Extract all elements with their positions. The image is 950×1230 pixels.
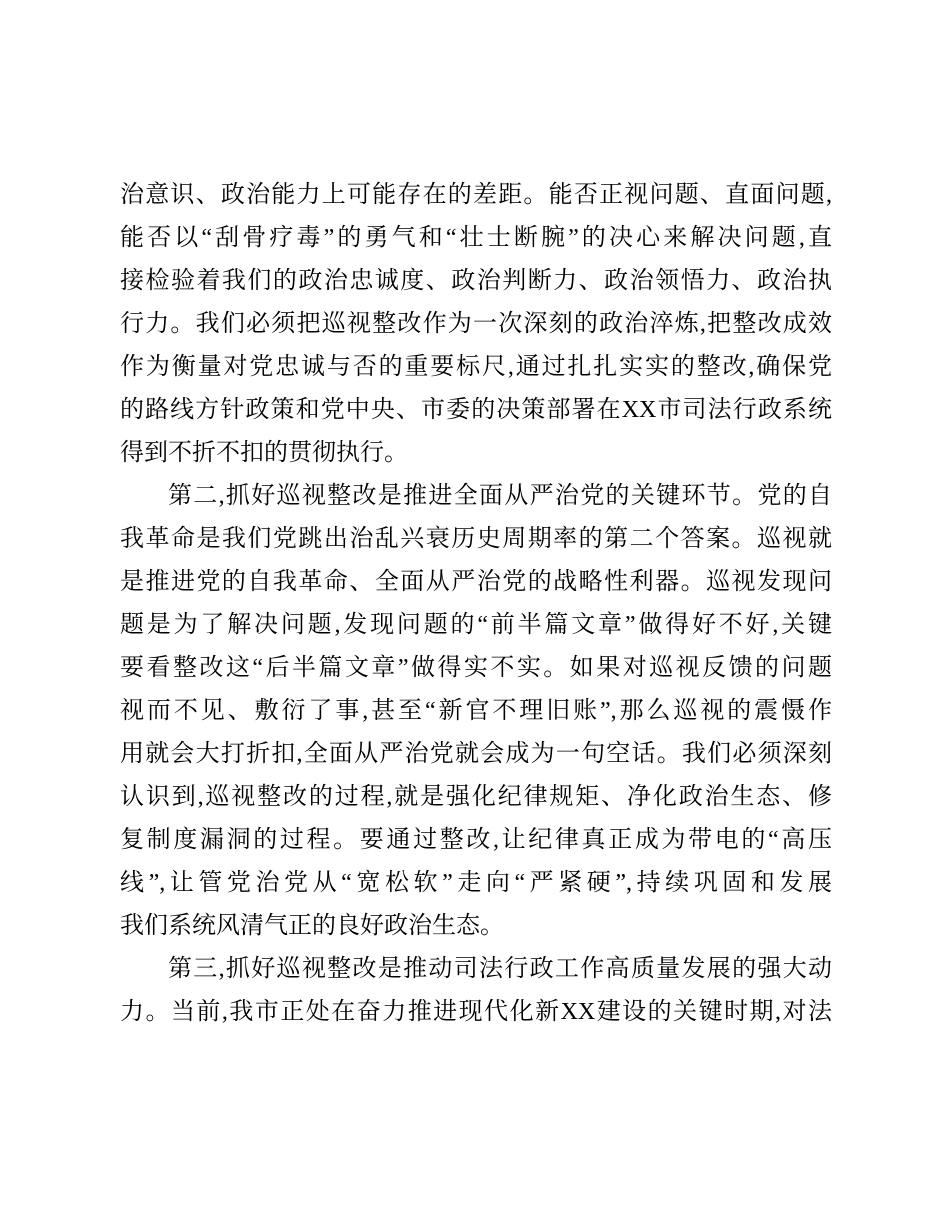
paragraph-start-line: 第二,抓好巡视整改是推进全面从严治党的关键环节。党的自 [120, 475, 832, 518]
text-line: 得到不折不扣的贯彻执行。 [120, 432, 832, 475]
text-line: 视而不见、敷衍了事,甚至“新官不理旧账”,那么巡视的震慑作 [120, 690, 832, 733]
text-line: 能否以“刮骨疗毒”的勇气和“壮士断腕”的决心来解决问题,直 [120, 217, 832, 260]
text-line: 线”,让管党治党从“宽松软”走向“严紧硬”,持续巩固和发展 [120, 862, 832, 905]
document-text: 治意识、政治能力上可能存在的差距。能否正视问题、直面问题, 能否以“刮骨疗毒”的… [120, 174, 832, 1034]
text-line: 认识到,巡视整改的过程,就是强化纪律规矩、净化政治生态、修 [120, 776, 832, 819]
text-line: 复制度漏洞的过程。要通过整改,让纪律真正成为带电的“高压 [120, 819, 832, 862]
text-line: 用就会大打折扣,全面从严治党就会成为一句空话。我们必须深刻 [120, 733, 832, 776]
document-page: 治意识、政治能力上可能存在的差距。能否正视问题、直面问题, 能否以“刮骨疗毒”的… [0, 0, 950, 1230]
text-line: 的路线方针政策和党中央、市委的决策部署在XX市司法行政系统 [120, 389, 832, 432]
text-line: 要看整改这“后半篇文章”做得实不实。如果对巡视反馈的问题 [120, 647, 832, 690]
text-line: 力。当前,我市正处在奋力推进现代化新XX建设的关键时期,对法 [120, 991, 832, 1034]
paragraph-start-line: 第三,抓好巡视整改是推动司法行政工作高质量发展的强大动 [120, 948, 832, 991]
text-line: 题是为了解决问题,发现问题的“前半篇文章”做得好不好,关键 [120, 604, 832, 647]
text-line: 接检验着我们的政治忠诚度、政治判断力、政治领悟力、政治执 [120, 260, 832, 303]
text-line: 行力。我们必须把巡视整改作为一次深刻的政治淬炼,把整改成效 [120, 303, 832, 346]
text-line: 是推进党的自我革命、全面从严治党的战略性利器。巡视发现问 [120, 561, 832, 604]
text-line: 治意识、政治能力上可能存在的差距。能否正视问题、直面问题, [120, 174, 832, 217]
text-line: 作为衡量对党忠诚与否的重要标尺,通过扎扎实实的整改,确保党 [120, 346, 832, 389]
text-line: 我们系统风清气正的良好政治生态。 [120, 905, 832, 948]
text-line: 我革命是我们党跳出治乱兴衰历史周期率的第二个答案。巡视就 [120, 518, 832, 561]
